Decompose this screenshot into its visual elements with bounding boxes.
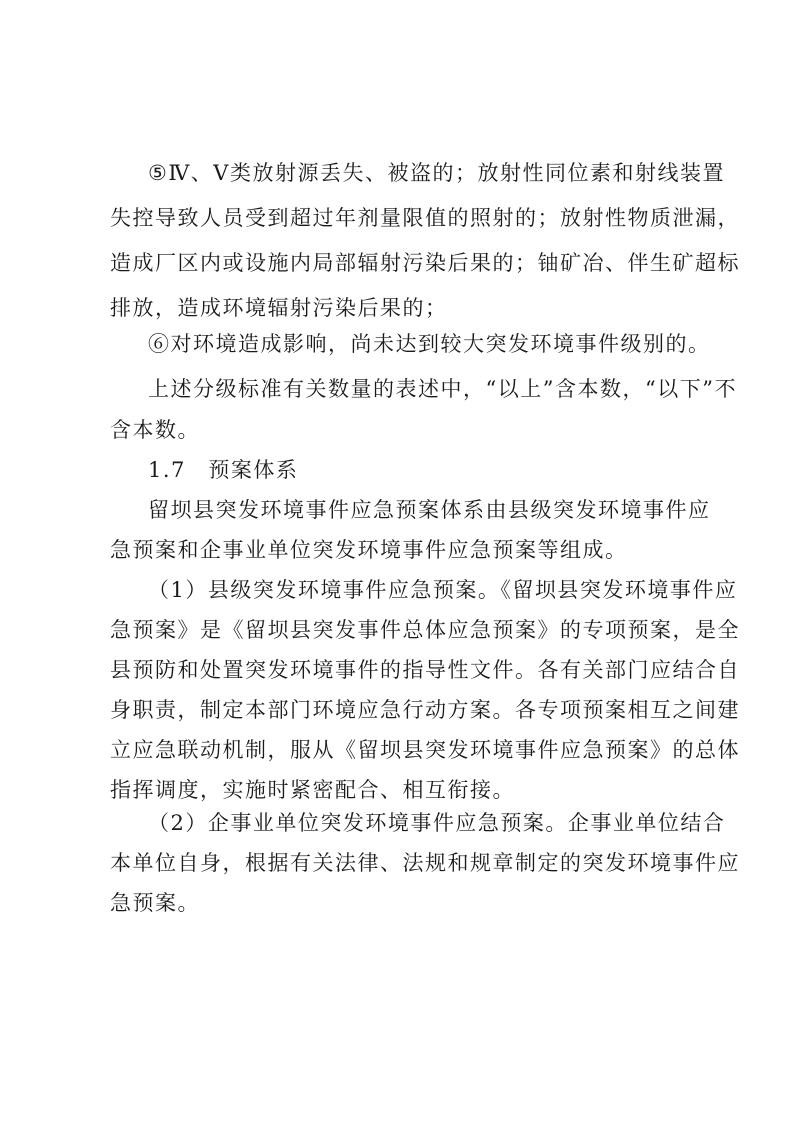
text-line: 身职责，制定本部门环境应急行动方案。各专项预案相互之间建 [110,695,700,725]
text-line: （1）县级突发环境事件应急预案。《留坝县突发环境事件应 [148,575,700,605]
text-line: 含本数。 [110,415,700,445]
text-line: 排放，造成环境辐射污染后果的； [110,293,700,323]
text-line: 上述分级标准有关数量的表述中，“以上”含本数，“以下”不 [148,374,700,404]
text-line: （2）企事业单位突发环境事件应急预案。企事业单位结合 [148,808,700,838]
subsection-heading: 1.7 预案体系 [148,455,700,485]
text-line: 失控导致人员受到超过年剂量限值的照射的；放射性物质泄漏， [110,203,700,233]
text-line: 县预防和处置突发环境事件的指导性文件。各有关部门应结合自 [110,655,700,685]
text-line: 急预案。 [110,888,700,918]
text-line: 留坝县突发环境事件应急预案体系由县级突发环境事件应 [148,495,700,525]
text-line: 指挥调度，实施时紧密配合、相互衔接。 [110,775,700,805]
text-line: ⑤Ⅳ、Ⅴ类放射源丢失、被盗的；放射性同位素和射线装置 [148,158,700,188]
text-line: 本单位自身，根据有关法律、法规和规章制定的突发环境事件应 [110,848,700,878]
text-line: 急预案和企事业单位突发环境事件应急预案等组成。 [110,535,700,565]
text-line: 急预案》是《留坝县突发事件总体应急预案》的专项预案，是全 [110,615,700,645]
text-line: ⑥对环境造成影响，尚未达到较大突发环境事件级别的。 [148,329,700,359]
text-line: 立应急联动机制，服从《留坝县突发环境事件应急预案》的总体 [110,735,700,765]
text-line: 造成厂区内或设施内局部辐射污染后果的；铀矿冶、伴生矿超标 [110,248,700,278]
document-page: ⑤Ⅳ、Ⅴ类放射源丢失、被盗的；放射性同位素和射线装置 失控导致人员受到超过年剂量… [0,0,793,1122]
